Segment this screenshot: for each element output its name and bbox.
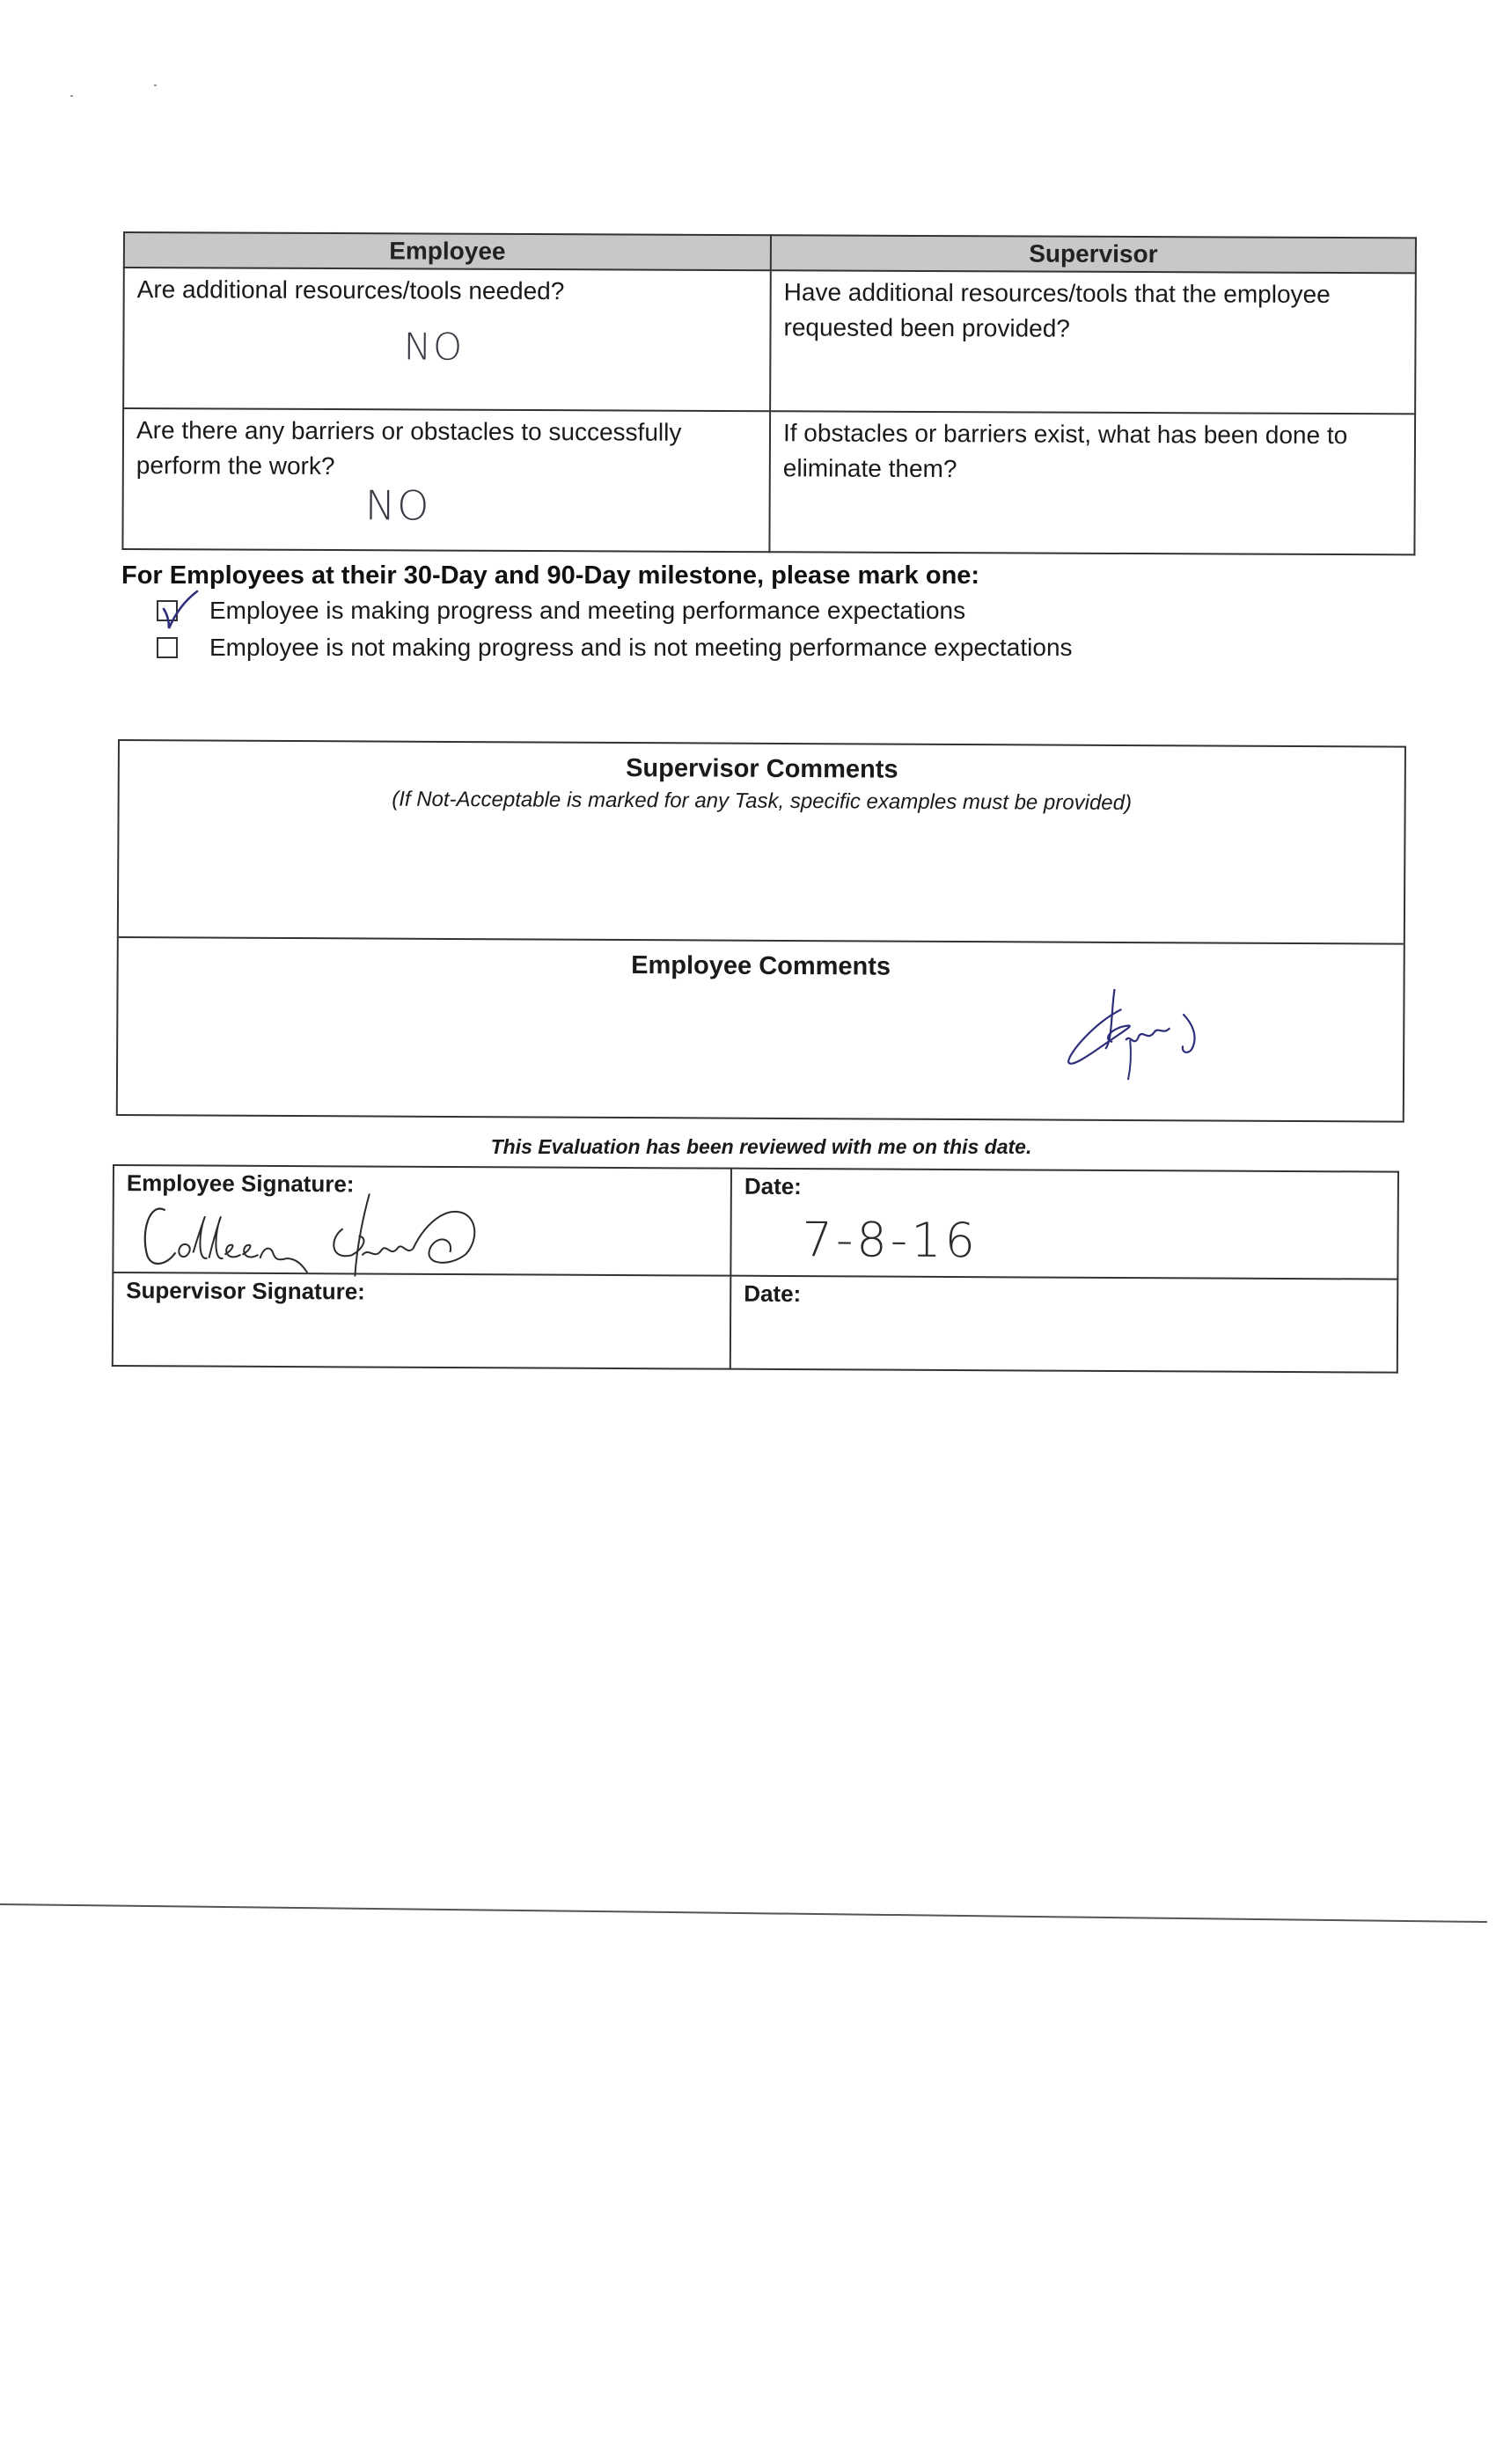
table-row: Are there any barriers or obstacles to s…: [122, 408, 1415, 554]
review-note: This Evaluation has been reviewed with m…: [0, 1135, 1496, 1159]
employee-handwritten-answer: NO: [110, 328, 757, 366]
supervisor-cell[interactable]: If obstacles or barriers exist, what has…: [769, 411, 1415, 554]
employee-handwritten-answer: NO: [40, 487, 757, 525]
employee-signature-field[interactable]: Employee Signature:: [113, 1165, 731, 1276]
table-row: Are additional resources/tools needed? N…: [123, 268, 1416, 414]
comments-box: Supervisor Comments (If Not-Acceptable i…: [116, 739, 1406, 1123]
supervisor-date-label: Date:: [744, 1280, 801, 1307]
supervisor-comments-title: Supervisor Comments: [120, 741, 1404, 788]
scan-speck: [154, 84, 157, 86]
supervisor-signature-label: Supervisor Signature:: [126, 1277, 365, 1304]
employee-cell[interactable]: Are additional resources/tools needed? N…: [123, 268, 771, 411]
supervisor-question: If obstacles or barriers exist, what has…: [783, 419, 1348, 482]
milestone-option-not-meeting[interactable]: Employee is not making progress and is n…: [157, 629, 1073, 666]
checkbox-not-meeting[interactable]: [157, 637, 178, 658]
signature-table: Employee Signature: Date: 7-8-16 Supervi…: [112, 1164, 1399, 1374]
supervisor-comments-section[interactable]: Supervisor Comments (If Not-Acceptable i…: [119, 741, 1404, 945]
employee-column-header: Employee: [124, 232, 771, 270]
milestone-option-meeting[interactable]: Employee is making progress and meeting …: [157, 592, 1073, 629]
scan-fold-line: [0, 1903, 1487, 1923]
option-label: Employee is making progress and meeting …: [209, 597, 965, 625]
supervisor-cell[interactable]: Have additional resources/tools that the…: [770, 270, 1416, 414]
option-label: Employee is not making progress and is n…: [209, 634, 1073, 662]
supervisor-column-header: Supervisor: [771, 235, 1416, 273]
employee-date-value: 7-8-16: [802, 1212, 979, 1268]
milestone-section: For Employees at their 30-Day and 90-Day…: [121, 561, 1073, 666]
milestone-title: For Employees at their 30-Day and 90-Day…: [121, 561, 1073, 590]
supervisor-comments-note: (If Not-Acceptable is marked for any Tas…: [120, 786, 1404, 818]
resources-table: Employee Supervisor Are additional resou…: [121, 231, 1417, 555]
employee-handwritten-signature-icon: [131, 1184, 590, 1283]
employee-date-label: Date:: [744, 1173, 802, 1199]
check-mark-icon: [162, 590, 201, 632]
employee-date-field[interactable]: Date: 7-8-16: [730, 1169, 1398, 1280]
employee-comments-title: Employee Comments: [119, 938, 1404, 985]
scan-speck: [70, 95, 73, 97]
employee-question: Are additional resources/tools needed?: [137, 275, 565, 304]
checkbox-meeting[interactable]: [157, 600, 178, 621]
supervisor-signature-field[interactable]: Supervisor Signature:: [113, 1272, 731, 1369]
supervisor-question: Have additional resources/tools that the…: [783, 278, 1330, 341]
employee-cell[interactable]: Are there any barriers or obstacles to s…: [122, 408, 770, 552]
handwritten-initials-icon: [1060, 987, 1219, 1085]
employee-comments-section[interactable]: Employee Comments: [118, 938, 1404, 1121]
supervisor-date-field[interactable]: Date:: [730, 1276, 1398, 1373]
employee-question: Are there any barriers or obstacles to s…: [136, 416, 682, 480]
